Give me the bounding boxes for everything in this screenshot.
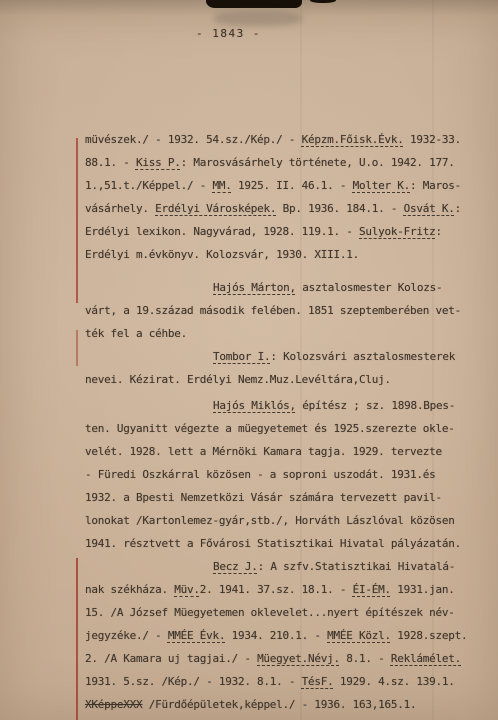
entry-hajos-marton: Hajós Márton, asztalosmester Kolozs-várt…: [85, 276, 487, 345]
text-line: 88.1. - Kiss P.: Marosvásárhely történet…: [85, 151, 487, 174]
text-segment: Bp. 1936. 184.1. -: [276, 202, 403, 215]
entry-tombor-reference: Tombor I.: Kolozsvári asztalosmesterekne…: [85, 345, 487, 391]
text-segment: 1932-33.: [404, 133, 461, 146]
struck-text-segment: XKéppeXXX: [85, 698, 142, 711]
text-line: nak székháza. Müv.2. 1941. 37.sz. 18.1. …: [85, 578, 487, 601]
text-line: várt, a 19.század második felében. 1851 …: [85, 299, 487, 322]
text-segment: /Fürdőépületek,képpel./ - 1936. 163,165.…: [142, 698, 416, 711]
text-line: Hajós Márton, asztalosmester Kolozs-: [85, 276, 487, 299]
underlined-text-segment: Kiss P.: [136, 156, 181, 169]
text-segment: ten. Ugyanitt végezte a müegyetemet és 1…: [85, 422, 455, 435]
text-segment: 88.1. -: [85, 156, 136, 169]
text-line: - Füredi Oszkárral közösen - a soproni u…: [85, 463, 487, 486]
text-line: ték fel a céhbe.: [85, 322, 487, 345]
underlined-text-segment: Képzm.Főisk.Évk.: [302, 133, 404, 146]
underlined-text-segment: Becz J.: [213, 560, 258, 573]
text-line: nevei. Kézirat. Erdélyi Nemz.Muz.Levéltá…: [85, 368, 487, 391]
text-segment: 1925. II. 46.1. -: [232, 179, 353, 192]
text-segment: jegyzéke./ -: [85, 629, 168, 642]
text-segment: 8.1. -: [340, 652, 391, 665]
text-segment: 1934. 210.1. -: [225, 629, 327, 642]
red-margin-line-segment: [76, 330, 78, 366]
text-line: 1932. a Bpesti Nemzetközi Vásár számára …: [85, 486, 487, 509]
text-line: 2. /A Kamara uj tagjai./ - Müegyet.Névj.…: [85, 647, 487, 670]
text-segment: lonokat /Kartonlemez-gyár,stb./, Horváth…: [85, 514, 455, 527]
ink-smudge-artifact: [214, 11, 302, 26]
text-segment: asztalosmester Kolozs-: [296, 281, 443, 294]
text-segment: : Marosvásárhely története, U.o. 1942. 1…: [181, 156, 455, 169]
underlined-text-segment: Hajós Miklós,: [213, 399, 296, 412]
bibliography-continuation: müvészek./ - 1932. 54.sz./Kép./ - Képzm.…: [85, 128, 487, 266]
text-line: Becz J.: A szfv.Statisztikai Hivatalá-: [85, 555, 487, 578]
underlined-text-segment: TésF.: [302, 675, 334, 688]
text-segment: :: [455, 202, 461, 215]
text-segment: 1931. 5.sz. /Kép./ - 1932. 8.1. -: [85, 675, 302, 688]
underlined-text-segment: Müegyet.Névj.: [257, 652, 340, 665]
text-segment: : Maros-: [410, 179, 461, 192]
text-line: Erdélyi lexikon. Nagyvárad, 1928. 119.1.…: [85, 220, 487, 243]
text-segment: Erdélyi lexikon. Nagyvárad, 1928. 119.1.…: [85, 225, 359, 238]
text-segment: 1931.jan.: [391, 583, 455, 596]
text-segment: : A szfv.Statisztikai Hivatalá-: [258, 560, 456, 573]
red-margin-line-segment: [76, 138, 78, 303]
underlined-text-segment: MM.: [212, 179, 231, 192]
text-segment: vásárhely.: [85, 202, 155, 215]
text-segment: ték fel a céhbe.: [85, 327, 187, 340]
underlined-text-segment: Hajós Márton,: [213, 281, 296, 294]
text-line: Tombor I.: Kolozsvári asztalosmesterek: [85, 345, 487, 368]
text-segment: müvészek./ - 1932. 54.sz./Kép./ -: [85, 133, 302, 146]
underlined-text-segment: Sulyok-Fritz: [359, 225, 435, 238]
text-segment: 2. /A Kamara uj tagjai./ -: [85, 652, 257, 665]
text-segment: velét. 1928. lett a Mérnöki Kamara tagja…: [85, 445, 442, 458]
text-segment: 1928.szept.: [391, 629, 467, 642]
text-segment: nak székháza.: [85, 583, 174, 596]
text-segment: 1.,51.t./Képpel./ -: [85, 179, 212, 192]
text-line: XKéppeXXX /Fürdőépületek,képpel./ - 1936…: [85, 693, 487, 716]
text-segment: 1941. résztvett a Fővárosi Statisztikai …: [85, 537, 461, 550]
text-line: Hajós Miklós, építész ; sz. 1898.Bpes-: [85, 394, 487, 417]
scanned-page: { "page": { "number_label": "- 1843 -" }…: [0, 0, 498, 720]
entry-hajos-miklos: Hajós Miklós, építész ; sz. 1898.Bpes-te…: [85, 394, 487, 555]
text-line: müvészek./ - 1932. 54.sz./Kép./ - Képzm.…: [85, 128, 487, 151]
text-line: 15. /A József Müegyetemen oklevelet...ny…: [85, 601, 487, 624]
text-segment: :: [436, 225, 442, 238]
underlined-text-segment: MMÉE Közl.: [327, 629, 391, 642]
text-line: lonokat /Kartonlemez-gyár,stb./, Horváth…: [85, 509, 487, 532]
text-segment: 1929. 4.sz. 139.1.: [334, 675, 455, 688]
text-line: velét. 1928. lett a Mérnöki Kamara tagja…: [85, 440, 487, 463]
text-segment: 2. 1941. 37.sz. 18.1. -: [200, 583, 353, 596]
text-segment: - Füredi Oszkárral közösen - a soproni u…: [85, 468, 436, 481]
text-line: vásárhely. Erdélyi Városképek. Bp. 1936.…: [85, 197, 487, 220]
page-number: - 1843 -: [196, 27, 261, 40]
text-line: jegyzéke./ - MMÉE Évk. 1934. 210.1. - MM…: [85, 624, 487, 647]
entry-becz-reference: Becz J.: A szfv.Statisztikai Hivatalá-na…: [85, 555, 487, 716]
underlined-text-segment: MMÉE Évk.: [168, 629, 225, 642]
text-segment: nevei. Kézirat. Erdélyi Nemz.Muz.Levéltá…: [85, 373, 391, 386]
underlined-text-segment: Erdélyi Városképek.: [155, 202, 276, 215]
text-line: ten. Ugyanitt végezte a müegyetemet és 1…: [85, 417, 487, 440]
text-line: 1941. résztvett a Fővárosi Statisztikai …: [85, 532, 487, 555]
underlined-text-segment: Reklámélet.: [391, 652, 461, 665]
text-line: Erdélyi m.évkönyv. Kolozsvár, 1930. XIII…: [85, 243, 487, 266]
underlined-text-segment: Molter K.: [353, 179, 410, 192]
text-segment: 15. /A József Müegyetemen oklevelet...ny…: [85, 606, 455, 619]
underlined-text-segment: Osvát K.: [404, 202, 455, 215]
underlined-text-segment: Tombor I.: [213, 350, 270, 363]
text-segment: : Kolozsvári asztalosmesterek: [270, 350, 455, 363]
text-segment: Erdélyi m.évkönyv. Kolozsvár, 1930. XIII…: [85, 248, 359, 261]
underlined-text-segment: ÉI-ÉM.: [353, 583, 391, 596]
underlined-text-segment: Müv.: [174, 583, 200, 596]
text-line: 1.,51.t./Képpel./ - MM. 1925. II. 46.1. …: [85, 174, 487, 197]
text-segment: várt, a 19.század második felében. 1851 …: [85, 304, 461, 317]
ink-blot-artifact: [206, 0, 302, 8]
text-segment: építész ; sz. 1898.Bpes-: [296, 399, 455, 412]
text-line: 1931. 5.sz. /Kép./ - 1932. 8.1. - TésF. …: [85, 670, 487, 693]
text-segment: 1932. a Bpesti Nemzetközi Vásár számára …: [85, 491, 442, 504]
red-margin-line-segment: [76, 558, 78, 720]
typewritten-text-block: müvészek./ - 1932. 54.sz./Kép./ - Képzm.…: [85, 128, 487, 716]
